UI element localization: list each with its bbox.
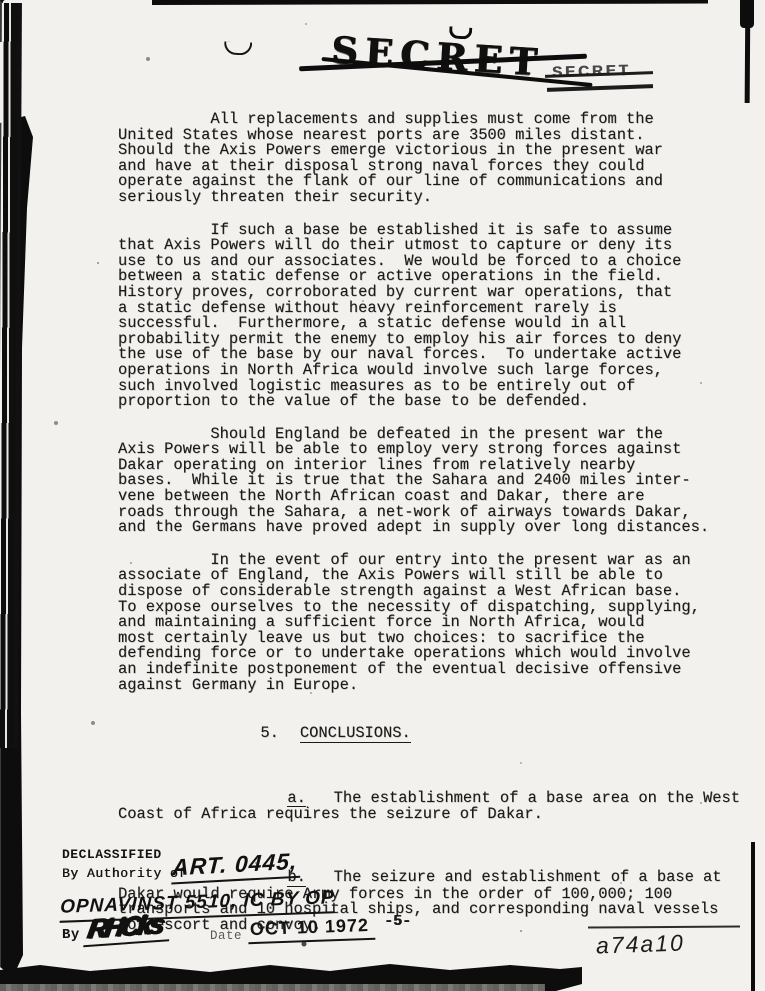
declassification-stamp: DECLASSIFIED By Authority of ART. 0445, … [60, 845, 390, 965]
conclusion-item-a-text: The establishment of a base area on the … [118, 789, 740, 824]
declassified-label: DECLASSIFIED [62, 847, 162, 862]
scan-noise-speckles [0, 0, 2, 2]
page-number: -5- [384, 913, 411, 930]
by-label: By [62, 927, 80, 943]
date-label: Date [210, 929, 242, 943]
scan-edge-top [152, 0, 708, 5]
authority-label: By Authority of [62, 866, 187, 881]
conclusions-number: 5. [260, 724, 278, 742]
date-stamp: OCT 10 1972 [248, 915, 376, 944]
document-body: All replacements and supplies must come … [118, 112, 743, 965]
paragraph-4: In the event of our entry into the prese… [118, 553, 743, 693]
scan-edge-right-bottom [751, 842, 755, 991]
paragraph-1: All replacements and supplies must come … [118, 112, 743, 206]
scanned-document-page: SECRET SECRET All replacements and suppl… [0, 0, 765, 991]
scan-edge-bottom-texture [0, 984, 545, 991]
page-corner-cut-line [0, 0, 130, 2]
handwritten-check-mark [224, 42, 252, 56]
paragraph-3: Should England be defeated in the presen… [118, 427, 743, 536]
conclusions-heading: 5.CONCLUSIONS. [118, 710, 743, 759]
conclusions-title: CONCLUSIONS. [300, 726, 411, 744]
scan-edge-right-top [745, 3, 751, 103]
signature-handwritten: RHCks [83, 908, 174, 947]
authority-value-handwritten: ART. 0445, [171, 848, 302, 885]
conclusion-item-a: a. The establishment of a base area on t… [118, 775, 743, 838]
corner-note-handwritten: a74a10 [596, 929, 686, 959]
secret-small-underline [547, 84, 653, 91]
paragraph-2: If such a base be established it is safe… [118, 223, 743, 410]
